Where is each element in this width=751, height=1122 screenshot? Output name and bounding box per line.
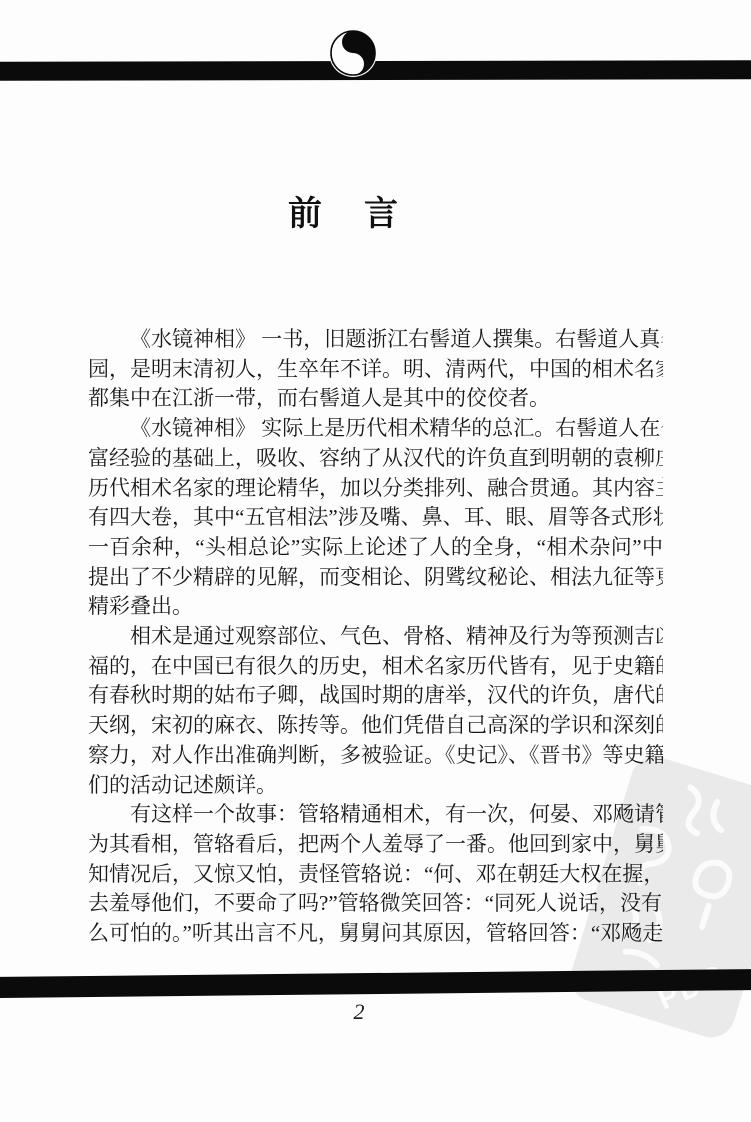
text-line: 园，是明末清初人，生卒年不详。明、清两代，中国的相术名家大: [88, 355, 663, 385]
taiji-yinyang-icon: [328, 28, 378, 78]
text-line: 有四大卷，其中“五官相法”涉及嘴、鼻、耳、眼、眉等各式形状: [88, 503, 663, 533]
page-number: 2: [0, 999, 718, 1025]
page-title: 前 言: [0, 186, 690, 235]
text-line: 都集中在江浙一带，而右髻道人是其中的佼佼者。: [88, 384, 663, 414]
text-line: 有这样一个故事：管辂精通相术，有一次，何晏、邓飏请管辂: [88, 800, 663, 830]
text-line: 么可怕的。”听其出言不凡，舅舅问其原因，管辂回答：“邓飏走路: [88, 919, 663, 949]
book-page: 前 言 《水镜神相》 一书，旧题浙江右髻道人撰集。右髻道人真名范文 园，是明末清…: [0, 0, 751, 1122]
text-line: 《水镜神相》 一书，旧题浙江右髻道人撰集。右髻道人真名范文: [88, 325, 663, 355]
text-line: 知情况后，又惊又怕，责怪管辂说：“何、邓在朝廷大权在握，你: [88, 860, 663, 890]
text-line: 察力，对人作出准确判断，多被验证。《史记》、《晋书》等史籍对他: [88, 741, 663, 771]
text-line: 天纲，宋初的麻衣、陈抟等。他们凭借自己高深的学识和深刻的洞: [88, 711, 663, 741]
text-line: 为其看相，管辂看后，把两个人羞辱了一番。他回到家中，舅舅得: [88, 830, 663, 860]
text-line: 去羞辱他们，不要命了吗?”管辂微笑回答：“同死人说话，没有什: [88, 889, 663, 919]
text-line: 相术是通过观察部位、气色、骨格、精神及行为等预测吉凶祸: [88, 622, 663, 652]
text-line: 一百余种，“头相总论”实际上论述了人的全身，“相术杂问”中: [88, 533, 663, 563]
text-line: 《水镜神相》 实际上是历代相术精华的总汇。右髻道人在个人丰: [88, 414, 663, 444]
text-line: 们的活动记述颇详。: [88, 771, 663, 801]
text-line: 精彩叠出。: [88, 592, 663, 622]
body-text: 《水镜神相》 一书，旧题浙江右髻道人撰集。右髻道人真名范文 园，是明末清初人，生…: [88, 325, 663, 949]
text-line: 有春秋时期的姑布子卿，战国时期的唐举，汉代的许负，唐代的袁: [88, 681, 663, 711]
text-line: 提出了不少精辟的见解，而变相论、阴骘纹秘论、相法九征等更是: [88, 563, 663, 593]
text-line: 历代相术名家的理论精华，加以分类排列、融合贯通。其内容主要: [88, 474, 663, 504]
text-line: 福的，在中国已有很久的历史，相术名家历代皆有，见于史籍的，: [88, 652, 663, 682]
text-line: 富经验的基础上，吸收、容纳了从汉代的许负直到明朝的袁柳庄等: [88, 444, 663, 474]
